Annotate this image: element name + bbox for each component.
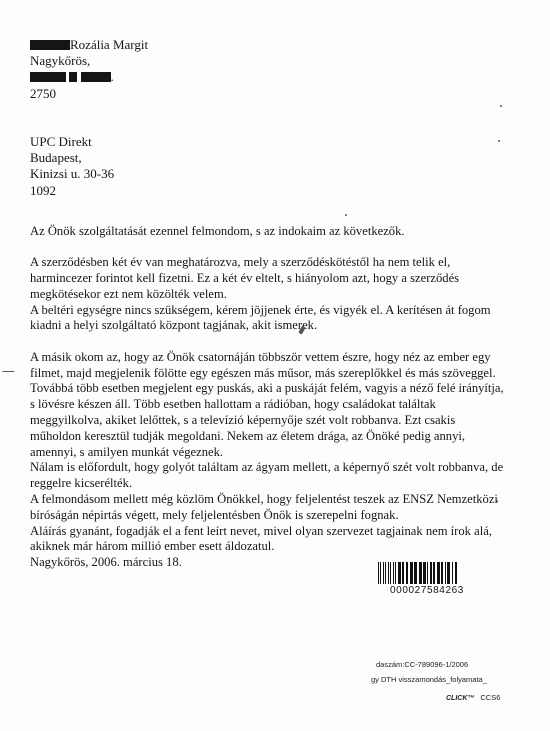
margin-scribble: ----- bbox=[2, 366, 14, 377]
body-line: A felmondásom mellett még közlöm Önökkel… bbox=[30, 492, 500, 508]
scan-speck bbox=[500, 105, 502, 107]
paragraph-2: A másik okom az, hogy az Önök csatornájá… bbox=[30, 350, 500, 571]
body-line: reggelre kicserélték. bbox=[30, 476, 500, 492]
body-line: kiadni a helyi szolgáltató központ tagjá… bbox=[30, 318, 500, 334]
stamp-code: CCS6 bbox=[480, 693, 500, 702]
body-line: A beltéri egységre nincs szükségem, kére… bbox=[30, 303, 500, 319]
body-line: Nálam is előfordult, hogy golyót találta… bbox=[30, 460, 500, 476]
redacted-surname bbox=[30, 40, 70, 50]
body-line: meggyilkolva, akiket lelőttek, s a telev… bbox=[30, 413, 500, 429]
redacted-street-type bbox=[69, 72, 77, 82]
redacted-street-name bbox=[30, 72, 66, 82]
body-line: A szerződésben két év van meghatározva, … bbox=[30, 255, 500, 271]
body-line: bíróságán népirtás végett, mely feljelen… bbox=[30, 508, 500, 524]
body-line: műholdon keresztül tudják megoldani. Nek… bbox=[30, 429, 500, 445]
scan-speck bbox=[496, 500, 498, 502]
recipient-zip: 1092 bbox=[30, 183, 114, 199]
company-logo: CLICK™ bbox=[446, 695, 474, 702]
sender-name: Rozália Margit bbox=[70, 37, 148, 52]
scan-speck bbox=[498, 140, 500, 142]
category-stamp: gy DTH visszamondás_folyamata_ bbox=[371, 675, 487, 684]
body-line: Továbbá több esetben megjelent egy puská… bbox=[30, 381, 500, 397]
recipient-company: UPC Direkt bbox=[30, 134, 114, 150]
letter-body: Az Önök szolgáltatását ezennel felmondom… bbox=[30, 224, 500, 571]
body-line: A másik okom az, hogy az Önök csatornájá… bbox=[30, 350, 500, 366]
intro-paragraph: Az Önök szolgáltatását ezennel felmondom… bbox=[30, 224, 500, 240]
sender-zip: 2750 bbox=[30, 86, 148, 102]
processing-stamp: CLICK™CCS6 bbox=[446, 693, 500, 702]
sender-street-suffix: . bbox=[111, 69, 114, 84]
recipient-city: Budapest, bbox=[30, 150, 114, 166]
sender-address: Rozália Margit Nagykőrös, . 2750 bbox=[30, 37, 148, 102]
sender-city: Nagykőrös, bbox=[30, 53, 148, 69]
barcode-bars bbox=[378, 562, 508, 584]
barcode-number: 000027584263 bbox=[378, 585, 508, 596]
body-line: Aláírás gyanánt, fogadják el a fent leír… bbox=[30, 524, 500, 540]
barcode: 000027584263 bbox=[378, 562, 508, 596]
body-line: harmincezer forintot kell fizetni. Ez a … bbox=[30, 271, 500, 287]
scan-speck bbox=[345, 214, 347, 216]
body-line: filmet, majd megjelenik fölötte egy egés… bbox=[30, 366, 500, 382]
body-line: amennyi, s amilyen munkát végeznek. bbox=[30, 445, 500, 461]
body-line: akiknek már három millió ember esett áld… bbox=[30, 539, 500, 555]
recipient-address: UPC Direkt Budapest, Kinizsi u. 30-36 10… bbox=[30, 134, 114, 199]
reference-stamp: daszám:CC-789096-1/2006 bbox=[376, 660, 468, 669]
body-line: megkötésekor ezt nem közölték velem. bbox=[30, 287, 500, 303]
redacted-house-number bbox=[81, 72, 111, 82]
sender-street-line: . bbox=[30, 69, 148, 85]
sender-name-line: Rozália Margit bbox=[30, 37, 148, 53]
body-line: s lövésre készen áll. Több esetben hallo… bbox=[30, 397, 500, 413]
paragraph-1: A szerződésben két év van meghatározva, … bbox=[30, 255, 500, 334]
scanned-letter-page: Rozália Margit Nagykőrös, . 2750 UPC Dir… bbox=[0, 0, 550, 731]
recipient-street: Kinizsi u. 30-36 bbox=[30, 166, 114, 182]
